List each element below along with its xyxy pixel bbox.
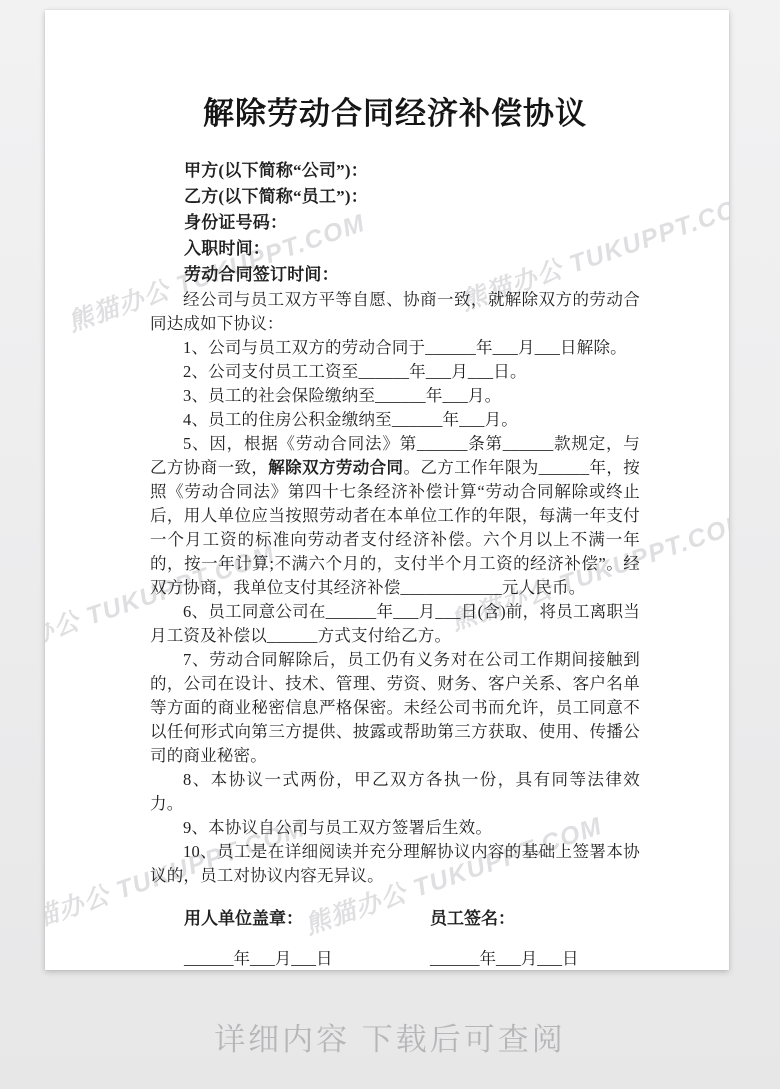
doc-paragraph: 4、员工的住房公积金缴纳至______年___月。 — [150, 408, 640, 432]
doc-paragraph: 身份证号码： — [150, 210, 640, 236]
document-page: 熊猫办公 TUKUPPT.COM 熊猫办公 TUKUPPT.COM 熊猫办公 T… — [45, 10, 729, 970]
doc-paragraph: 10、员工是在详细阅读并充分理解协议内容的基础上签署本协议的，员工对协议内容无异… — [150, 840, 640, 888]
doc-paragraph: 6、员工同意公司在______年___月___日(含)前，将员工离职当月工资及补… — [150, 600, 640, 648]
document-content: 解除劳动合同经济补偿协议 甲方(以下简称“公司”)：乙方(以下简称“员工”)：身… — [150, 10, 640, 970]
employee-date-blank: ______年___月___日 — [430, 946, 640, 970]
document-title: 解除劳动合同经济补偿协议 — [150, 94, 640, 134]
doc-paragraph: 1、公司与员工双方的劳动合同于______年___月___日解除。 — [150, 336, 640, 360]
doc-paragraph: 3、员工的社会保险缴纳至______年___月。 — [150, 384, 640, 408]
doc-paragraph: 乙方(以下简称“员工”)： — [150, 184, 640, 210]
page-backdrop: 熊猫办公 TUKUPPT.COM 熊猫办公 TUKUPPT.COM 熊猫办公 T… — [0, 0, 780, 1089]
footer-notice: 详细内容 下载后可查阅 — [214, 1014, 566, 1059]
footer-bar: 详细内容 下载后可查阅 — [0, 970, 780, 1089]
doc-paragraph: 入职时间： — [150, 236, 640, 262]
signature-label-row: 用人单位盖章： 员工签名： — [150, 906, 640, 932]
doc-paragraph: 7、劳动合同解除后，员工仍有义务对在公司工作期间接触到的，公司在设计、技术、管理… — [150, 648, 640, 768]
doc-paragraph: 9、本协议自公司与员工双方签署后生效。 — [150, 816, 640, 840]
company-seal-label: 用人单位盖章： — [184, 906, 430, 932]
doc-paragraphs: 甲方(以下简称“公司”)：乙方(以下简称“员工”)：身份证号码：入职时间：劳动合… — [150, 158, 640, 888]
doc-paragraph: 甲方(以下简称“公司”)： — [150, 158, 640, 184]
doc-paragraph: 经公司与员工双方平等自愿、协商一致，就解除双方的劳动合同达成如下协议： — [150, 288, 640, 336]
signature-date-row: ______年___月___日 ______年___月___日 — [150, 946, 640, 970]
doc-paragraph: 8、本协议一式两份，甲乙双方各执一份，具有同等法律效力。 — [150, 768, 640, 816]
doc-paragraph: 劳动合同签订时间： — [150, 262, 640, 288]
doc-paragraph: 2、公司支付员工工资至______年___月___日。 — [150, 360, 640, 384]
company-date-blank: ______年___月___日 — [184, 946, 430, 970]
employee-signature-label: 员工签名： — [430, 906, 640, 932]
doc-paragraph: 5、因，根据《劳动合同法》第______条第______款规定，与乙方协商一致，… — [150, 432, 640, 600]
